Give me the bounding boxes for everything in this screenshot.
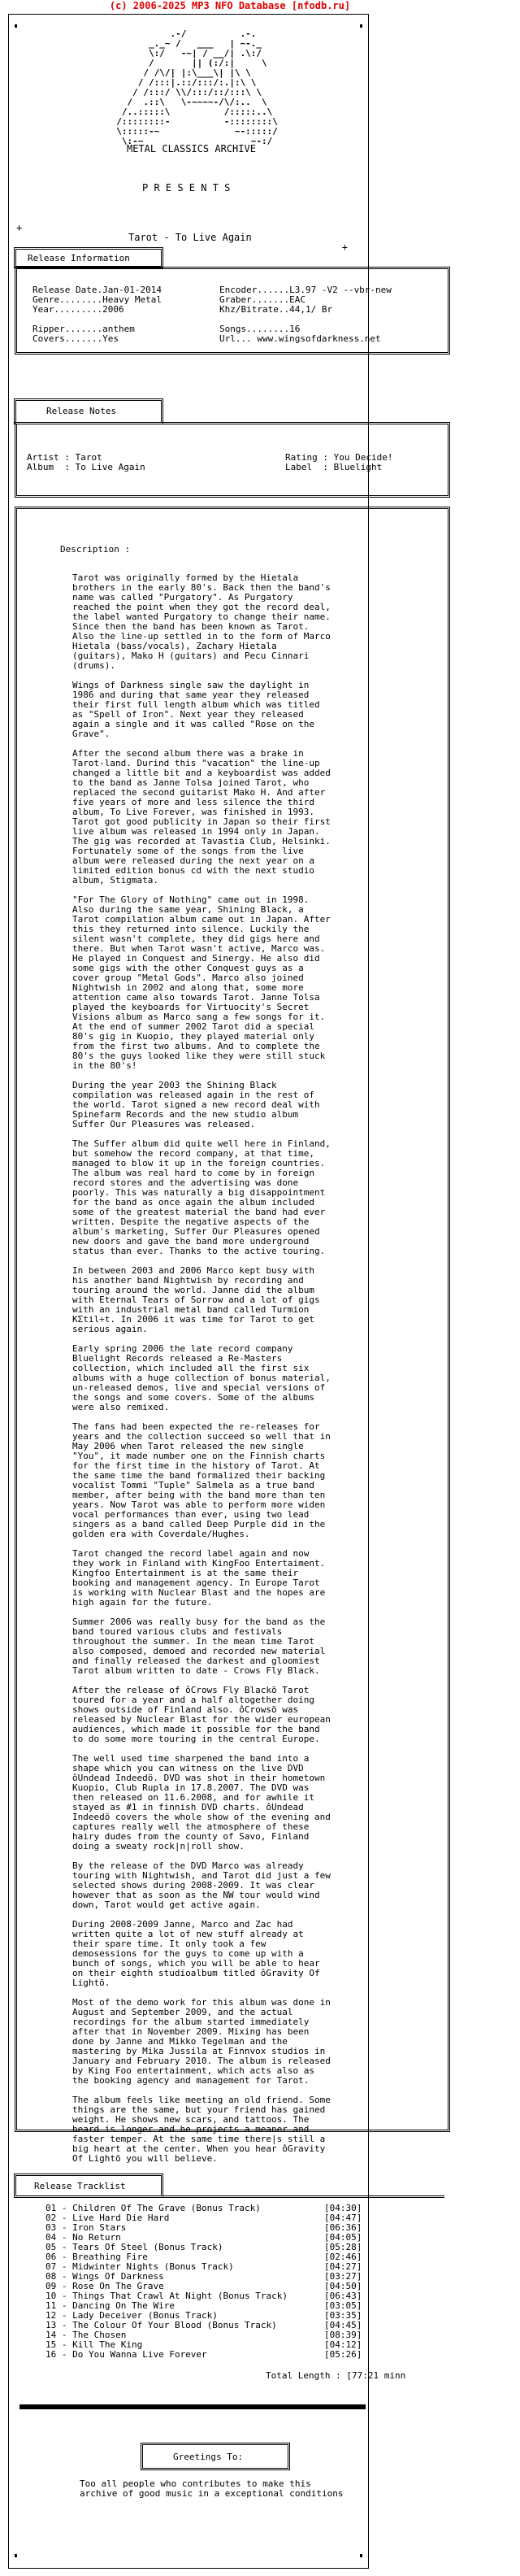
release-info-row: Url... www.wingsofdarkness.net (219, 334, 392, 344)
corner-marker (360, 2554, 362, 2557)
description-paragraph: The Suffer album did quite well here in … (72, 1139, 381, 1256)
description-paragraph: Wings of Darkness single saw the dayligh… (72, 681, 381, 739)
copyright-notice: (c) 2006-2025 MP3 NFO Database [nfodb.ru… (0, 0, 460, 11)
description-paragraph: The fans had been expected the re-releas… (72, 1422, 381, 1539)
description-paragraph: After the second album there was a brake… (72, 749, 381, 885)
release-title: + Tarot - To Live Again + (10, 213, 348, 252)
release-info-row: Covers.......Yes (32, 334, 162, 344)
release-notes-tab-label: Release Notes (46, 406, 116, 416)
plus-marker: + (16, 223, 22, 233)
info-value: Yes (102, 333, 119, 344)
description-paragraph: In between 2003 and 2006 Marco kept busy… (72, 1266, 381, 1334)
tracklist-tab-label: Release Tracklist (34, 2181, 126, 2191)
track-row: 16 - Do You Wanna Live Forever[05:26] (45, 2350, 288, 2360)
description-text: Tarot was originally formed by the Hieta… (72, 573, 381, 2173)
section-divider (19, 2404, 366, 2409)
release-notes-tab: Release Notes (14, 398, 163, 424)
description-paragraph: Early spring 2006 the late record compan… (72, 1344, 381, 1412)
total-length: Total Length : [77:21 minn (266, 2371, 405, 2381)
greetings-text: Too all people who contributes to make t… (80, 2479, 344, 2499)
description-paragraph: "For The Glory of Nothing" came out in 1… (72, 895, 381, 1071)
corner-marker (360, 24, 362, 28)
description-paragraph: Tarot was originally formed by the Hieta… (72, 573, 381, 671)
release-info-row: Khz/Bitrate..44,1/ Br (219, 305, 392, 315)
description-paragraph: During the year 2003 the Shining Black c… (72, 1081, 381, 1129)
tracklist-tab: Release Tracklist (14, 2173, 163, 2198)
description-paragraph: After the release of ôCrows Fly Blackö T… (72, 1686, 381, 1744)
corner-marker (15, 2554, 17, 2557)
ascii-logo: .-/ .-. _._~ / ___ | ~-._ \:/ -~| / __/|… (106, 29, 278, 146)
label-label: Label : (285, 462, 334, 472)
release-info-left: Release Date.Jan-01-2014Genre........Hea… (32, 285, 162, 344)
rating-label-block: Rating : You Decide! Label : Bluelight (285, 453, 392, 472)
release-info-row: Year.........2006 (32, 305, 162, 315)
info-value: 2006 (102, 304, 124, 315)
release-info-tab-label: Release Information (28, 253, 130, 263)
presents-heading: P R E S E N T S (142, 183, 230, 193)
greetings-box: Greetings To: (141, 2443, 290, 2470)
album-value: To Live Again (76, 462, 145, 472)
description-paragraph: The album feels like meeting an old frie… (72, 2095, 381, 2164)
tracklist: 01 - Children Of The Grave (Bonus Track)… (45, 2204, 288, 2360)
logo-title: METAL CLASSICS ARCHIVE (127, 144, 256, 154)
info-label: Url... (219, 333, 257, 344)
track-length: [05:26] (324, 2350, 362, 2360)
info-label: Covers....... (32, 333, 102, 344)
plus-marker: + (342, 242, 348, 252)
description-paragraph: Summer 2006 was really busy for the band… (72, 1617, 381, 1676)
release-info-right: Encoder......L3.97 -V2 --vbr-newGraber..… (219, 285, 392, 344)
description-paragraph: The well used time sharpened the band in… (72, 1754, 381, 1851)
corner-marker (15, 24, 17, 28)
artist-album-block: Artist : Tarot Album : To Live Again (27, 453, 145, 472)
total-length-value: [77:21 minn (346, 2370, 405, 2381)
label-value: Bluelight (334, 462, 383, 472)
track-title: 16 - Do You Wanna Live Forever (45, 2349, 207, 2360)
description-paragraph: By the release of the DVD Marco was alre… (72, 1861, 381, 1910)
info-label: Year......... (32, 304, 102, 315)
total-length-label: Total Length : (266, 2370, 346, 2381)
description-paragraph: During 2008-2009 Janne, Marco and Zac ha… (72, 1920, 381, 1988)
info-value: www.wingsofdarkness.net (257, 333, 380, 344)
description-label: Description : (60, 545, 130, 555)
album-label: Album : (27, 462, 76, 472)
release-info-tab: Release Information (14, 247, 163, 268)
info-label: Khz/Bitrate.. (219, 304, 289, 315)
greetings-label: Greetings To: (173, 2452, 243, 2462)
tracklist-rule (162, 2195, 444, 2198)
info-value: 44,1/ Br (289, 304, 332, 315)
description-paragraph: Most of the demo work for this album was… (72, 1998, 381, 2086)
description-paragraph: Tarot changed the record label again and… (72, 1549, 381, 1608)
release-title-text: Tarot - To Live Again (128, 233, 252, 242)
